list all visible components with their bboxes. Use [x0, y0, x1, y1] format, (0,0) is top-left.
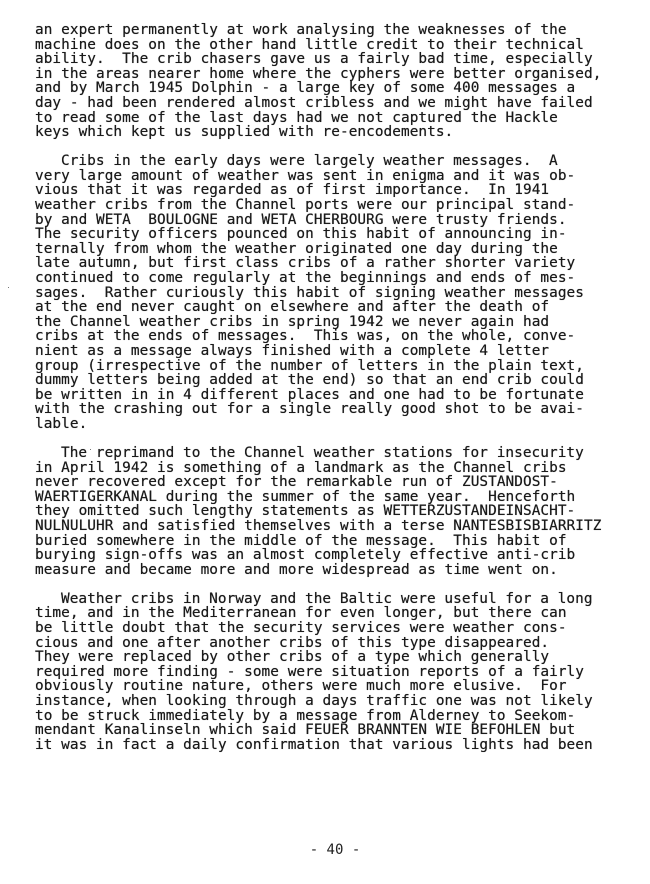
text-line: burying sign-offs was an almost complete… [35, 548, 635, 563]
text-line: group (irrespective of the number of let… [35, 359, 635, 374]
text-line: Weather cribs in Norway and the Baltic w… [35, 592, 635, 607]
text-line: be little doubt that the security servic… [35, 621, 635, 636]
text-line: in April 1942 is something of a landmark… [35, 461, 635, 476]
text-line: instance, when looking through a days tr… [35, 694, 635, 709]
text-line: cious and one after another cribs of thi… [35, 636, 635, 651]
text-line: The security officers pounced on this ha… [35, 227, 635, 242]
page-number: - 40 - [35, 842, 635, 858]
paragraph-1: an expert permanently at work analysing … [35, 23, 635, 140]
text-line: required more finding - some were situat… [35, 665, 635, 680]
text-line: very large amount of weather was sent in… [35, 169, 635, 184]
text-line: machine does on the other hand little cr… [35, 38, 635, 53]
text-line: weather cribs from the Channel ports wer… [35, 198, 635, 213]
text-line: late autumn, but first class cribs of a … [35, 256, 635, 271]
text-line: it was in fact a daily confirmation that… [35, 738, 635, 753]
text-line: continued to come regularly at the begin… [35, 271, 635, 286]
text-line: to be struck immediately by a message fr… [35, 709, 635, 724]
text-line: and by March 1945 Dolphin - a large key … [35, 81, 635, 96]
text-line: be written in in 4 different places and … [35, 388, 635, 403]
text-line: vious that it was regarded as of first i… [35, 183, 635, 198]
text-line: sages. Rather curiously this habit of si… [35, 286, 635, 301]
text-line: day - had been rendered almost cribless … [35, 96, 635, 111]
text-line: They were replaced by other cribs of a t… [35, 650, 635, 665]
text-line: to read some of the last days had we not… [35, 111, 635, 126]
text-line: ternally from whom the weather originate… [35, 242, 635, 257]
text-line: Cribs in the early days were largely wea… [35, 154, 635, 169]
text-line: with the crashing out for a single reall… [35, 402, 635, 417]
paragraph-2: Cribs in the early days were largely wea… [35, 154, 635, 431]
text-line: keys which kept us supplied with re-enco… [35, 125, 635, 140]
text-line: The reprimand to the Channel weather sta… [35, 446, 635, 461]
text-line: an expert permanently at work analysing … [35, 23, 635, 38]
text-line: WAERTIGERKANAL during the summer of the … [35, 490, 635, 505]
text-line: NULNULUHR and satisfied themselves with … [35, 519, 635, 534]
text-line: lable. [35, 417, 635, 432]
text-line: in the areas nearer home where the cyphe… [35, 67, 635, 82]
scan-speck [90, 449, 91, 450]
text-line: nient as a message always finished with … [35, 344, 635, 359]
text-line: by and WETA BOULOGNE and WETA CHERBOURG … [35, 213, 635, 228]
text-line: ability. The crib chasers gave us a fair… [35, 52, 635, 67]
text-line: mendant Kanalinseln which said FEUER BRA… [35, 723, 635, 738]
paragraph-3: The reprimand to the Channel weather sta… [35, 446, 635, 577]
text-line: obviously routine nature, others were mu… [35, 679, 635, 694]
text-line: at the end never caught on elsewhere and… [35, 300, 635, 315]
text-line: never recovered except for the remarkabl… [35, 475, 635, 490]
text-line: measure and became more and more widespr… [35, 563, 635, 578]
scan-speck [8, 287, 9, 288]
text-line: the Channel weather cribs in spring 1942… [35, 315, 635, 330]
text-line: cribs at the ends of messages. This was,… [35, 329, 635, 344]
paragraph-4: Weather cribs in Norway and the Baltic w… [35, 592, 635, 753]
text-line: buried somewhere in the middle of the me… [35, 534, 635, 549]
text-line: they omitted such lengthy statements as … [35, 504, 635, 519]
typewritten-page: an expert permanently at work analysing … [35, 23, 635, 767]
text-line: dummy letters being added at the end) so… [35, 373, 635, 388]
text-line: time, and in the Mediterranean for even … [35, 606, 635, 621]
